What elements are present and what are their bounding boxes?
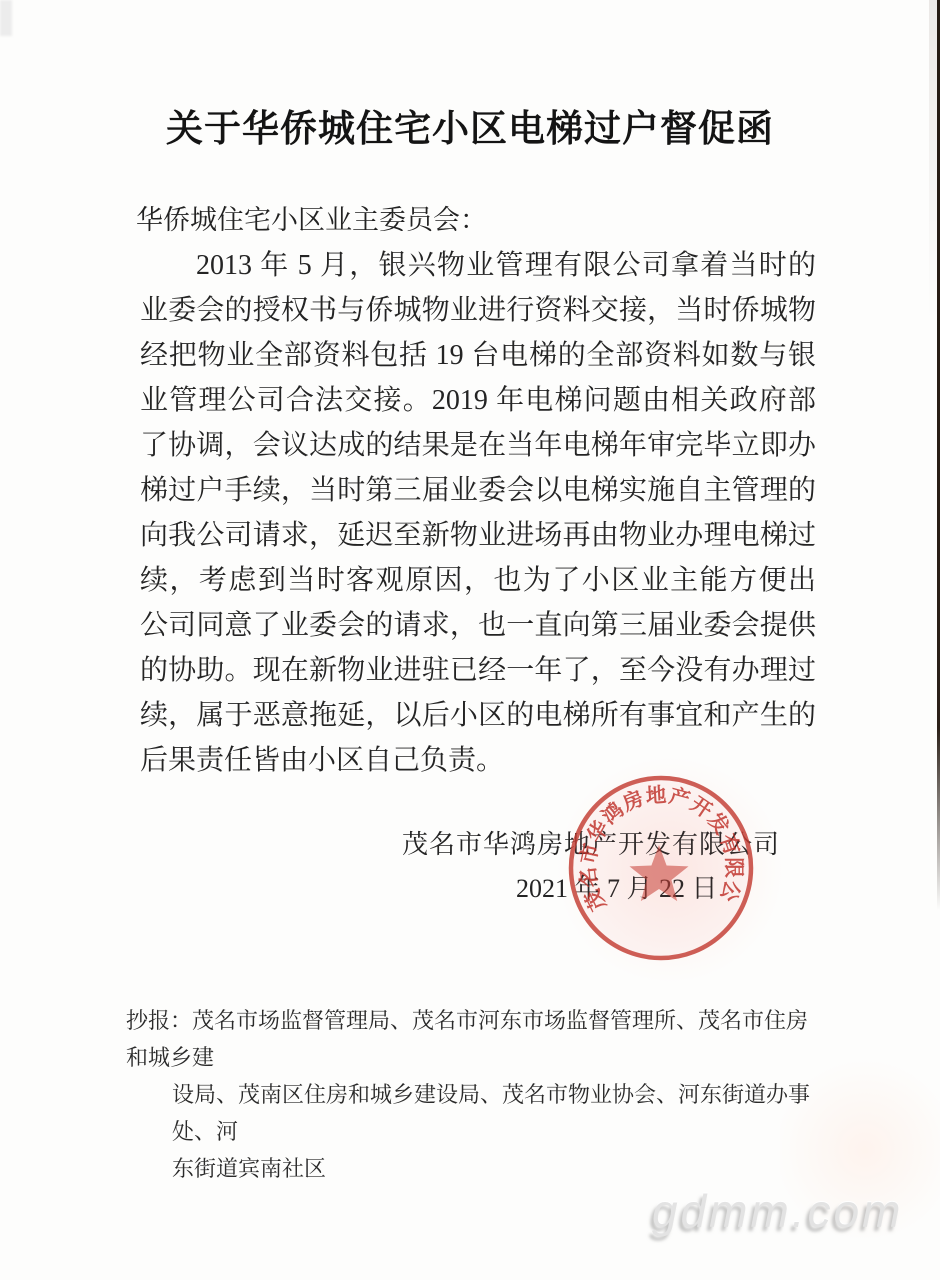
- signature-date: 2021 年 7 月 22 日: [516, 868, 718, 905]
- cc-line: 设局、茂南区住房和城乡建设局、茂名市物业协会、河东街道办事处、河: [172, 1076, 826, 1150]
- cc-list: 抄报：茂名市场监督管理局、茂名市河东市场监督管理所、茂名市住房和城乡建 设局、茂…: [126, 1002, 826, 1187]
- body-line: 经把物业全部资料包括 19 台电梯的全部资料如数与银兴物: [140, 333, 816, 378]
- cc-line: 东街道宾南社区: [172, 1150, 826, 1187]
- page-title: 关于华侨城住宅小区电梯过户督促函: [0, 98, 940, 152]
- body-line: 续，考虑到当时客观原因，也为了小区业主能方便出行，我: [140, 558, 816, 603]
- salutation: 华侨城住宅小区业主委员会：: [136, 198, 487, 237]
- scanned-letter-page: 关于华侨城住宅小区电梯过户督促函 华侨城住宅小区业主委员会： 2013 年 5 …: [0, 0, 940, 1280]
- body-line: 业管理公司合法交接。2019 年电梯问题由相关政府部门进行: [140, 378, 816, 423]
- body-line: 业委会的授权书与侨城物业进行资料交接，当时侨城物业已: [140, 288, 816, 333]
- scan-edge-shadow: [929, 0, 937, 320]
- body-line: 公司同意了业委会的请求，也一直向第三届业委会提供相关: [140, 603, 816, 648]
- cc-text: 茂名市场监督管理局、茂名市河东市场监督管理所、茂名市住房和城乡建: [126, 1008, 808, 1070]
- body-line: 2013 年 5 月，银兴物业管理有限公司拿着当时的华侨城: [140, 243, 816, 288]
- signature-company: 茂名市华鸿房地产开发有限公司: [402, 824, 780, 861]
- body-line: 续，属于恶意拖延，以后小区的电梯所有事宜和产生的全部: [140, 693, 816, 738]
- body-line: 后果责任皆由小区自己负责。: [140, 738, 816, 783]
- site-watermark: gdmm.com: [652, 1184, 903, 1238]
- body-line: 的协助。现在新物业进驻已经一年了，至今没有办理过户手: [140, 648, 816, 693]
- body-line: 了协调，会议达成的结果是在当年电梯年审完毕立即办理电: [140, 423, 816, 468]
- body-line: 梯过户手续，当时第三届业委会以电梯实施自主管理的理由: [140, 468, 816, 513]
- body-line: 向我公司请求，延迟至新物业进场再由物业办理电梯过户手: [140, 513, 816, 558]
- scan-corner-artifact: [0, 0, 12, 36]
- cc-line: 抄报：茂名市场监督管理局、茂名市河东市场监督管理所、茂名市住房和城乡建: [126, 1002, 826, 1076]
- letter-body: 2013 年 5 月，银兴物业管理有限公司拿着当时的华侨城 业委会的授权书与侨城…: [140, 243, 816, 783]
- cc-label: 抄报：: [126, 1008, 192, 1033]
